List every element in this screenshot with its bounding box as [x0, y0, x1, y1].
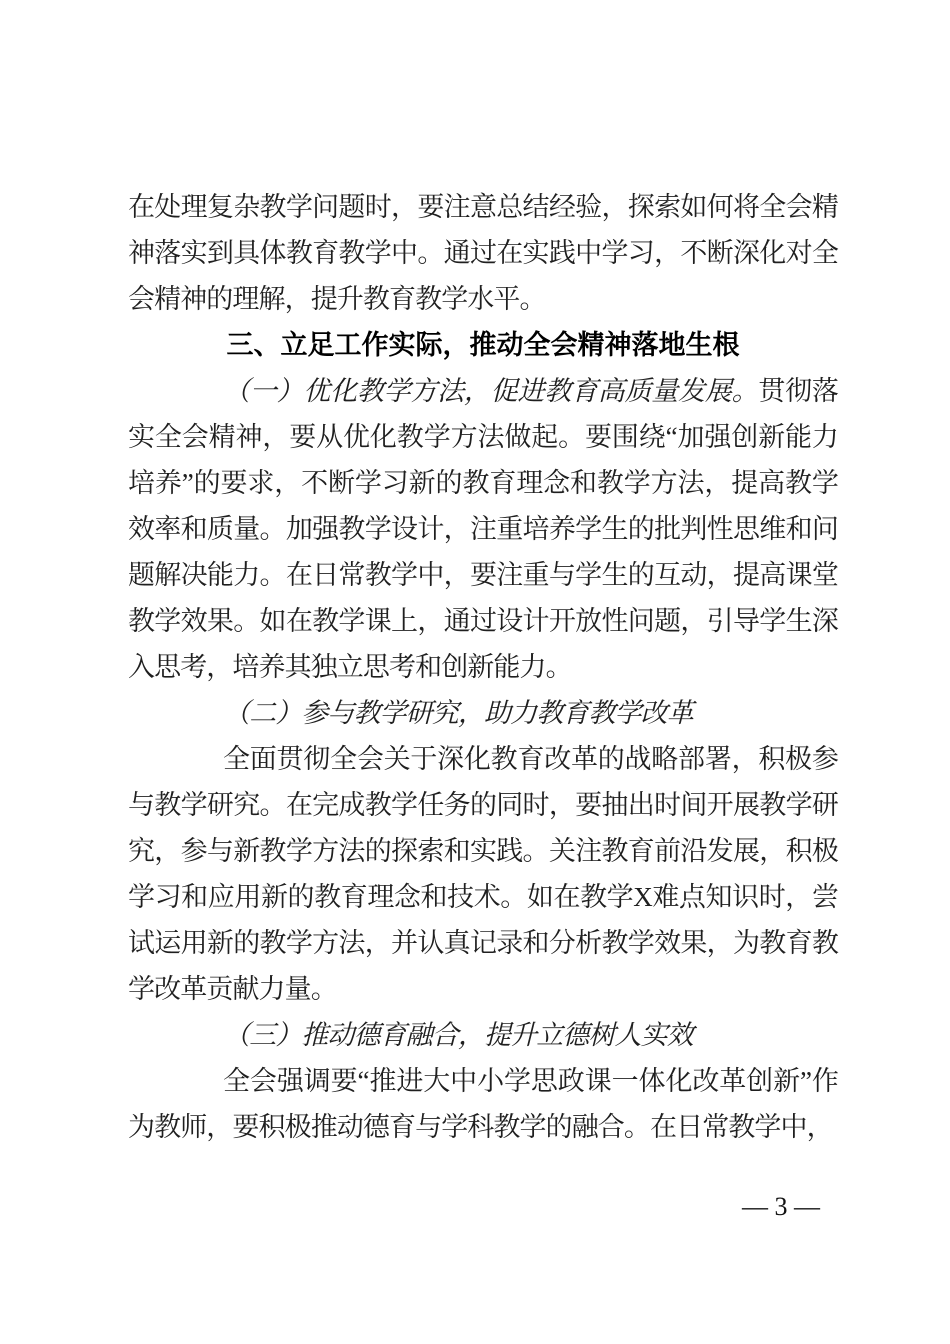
subsection-heading: （三）推动德育融合，提升立德树人实效	[128, 1012, 838, 1058]
document-page: 在处理复杂教学问题时，要注意总结经验，探索如何将全会精神落实到具体教育教学中。通…	[0, 0, 950, 1344]
body-paragraph: 全面贯彻全会关于深化教育改革的战略部署，积极参与教学研究。在完成教学任务的同时，…	[128, 736, 838, 1012]
text-run-kaiti: （二）参与教学研究，助力教育教学改革	[223, 698, 693, 728]
text-run-kaiti: （三）推动德育融合，提升立德树人实效	[223, 1020, 693, 1050]
text-run-kaiti: （一）优化教学方法，促进教育高质量发展。	[223, 376, 758, 406]
text-run-heiti: 三、立足工作实际，推动全会精神落地生根	[227, 330, 740, 360]
text-run-fangsong: 贯彻落实全会精神，要从优化教学方法做起。要围绕“加强创新能力培养”的要求，不断学…	[128, 376, 838, 682]
text-run-fangsong: 全会强调要“推进大中小学思政课一体化改革创新”作为教师，要积极推动德育与学科教学…	[128, 1066, 838, 1142]
body-paragraph: 全会强调要“推进大中小学思政课一体化改革创新”作为教师，要积极推动德育与学科教学…	[128, 1058, 838, 1150]
text-run-fangsong: 在处理复杂教学问题时，要注意总结经验，探索如何将全会精神落实到具体教育教学中。通…	[128, 192, 838, 314]
body-paragraph: （一）优化教学方法，促进教育高质量发展。贯彻落实全会精神，要从优化教学方法做起。…	[128, 368, 838, 690]
body-paragraph: 在处理复杂教学问题时，要注意总结经验，探索如何将全会精神落实到具体教育教学中。通…	[128, 184, 838, 322]
subsection-heading: （二）参与教学研究，助力教育教学改革	[128, 690, 838, 736]
text-run-fangsong: 全面贯彻全会关于深化教育改革的战略部署，积极参与教学研究。在完成教学任务的同时，…	[128, 744, 838, 1004]
document-content: 在处理复杂教学问题时，要注意总结经验，探索如何将全会精神落实到具体教育教学中。通…	[128, 184, 838, 1150]
page-number: — 3 —	[742, 1184, 852, 1230]
section-heading: 三、立足工作实际，推动全会精神落地生根	[128, 322, 838, 368]
